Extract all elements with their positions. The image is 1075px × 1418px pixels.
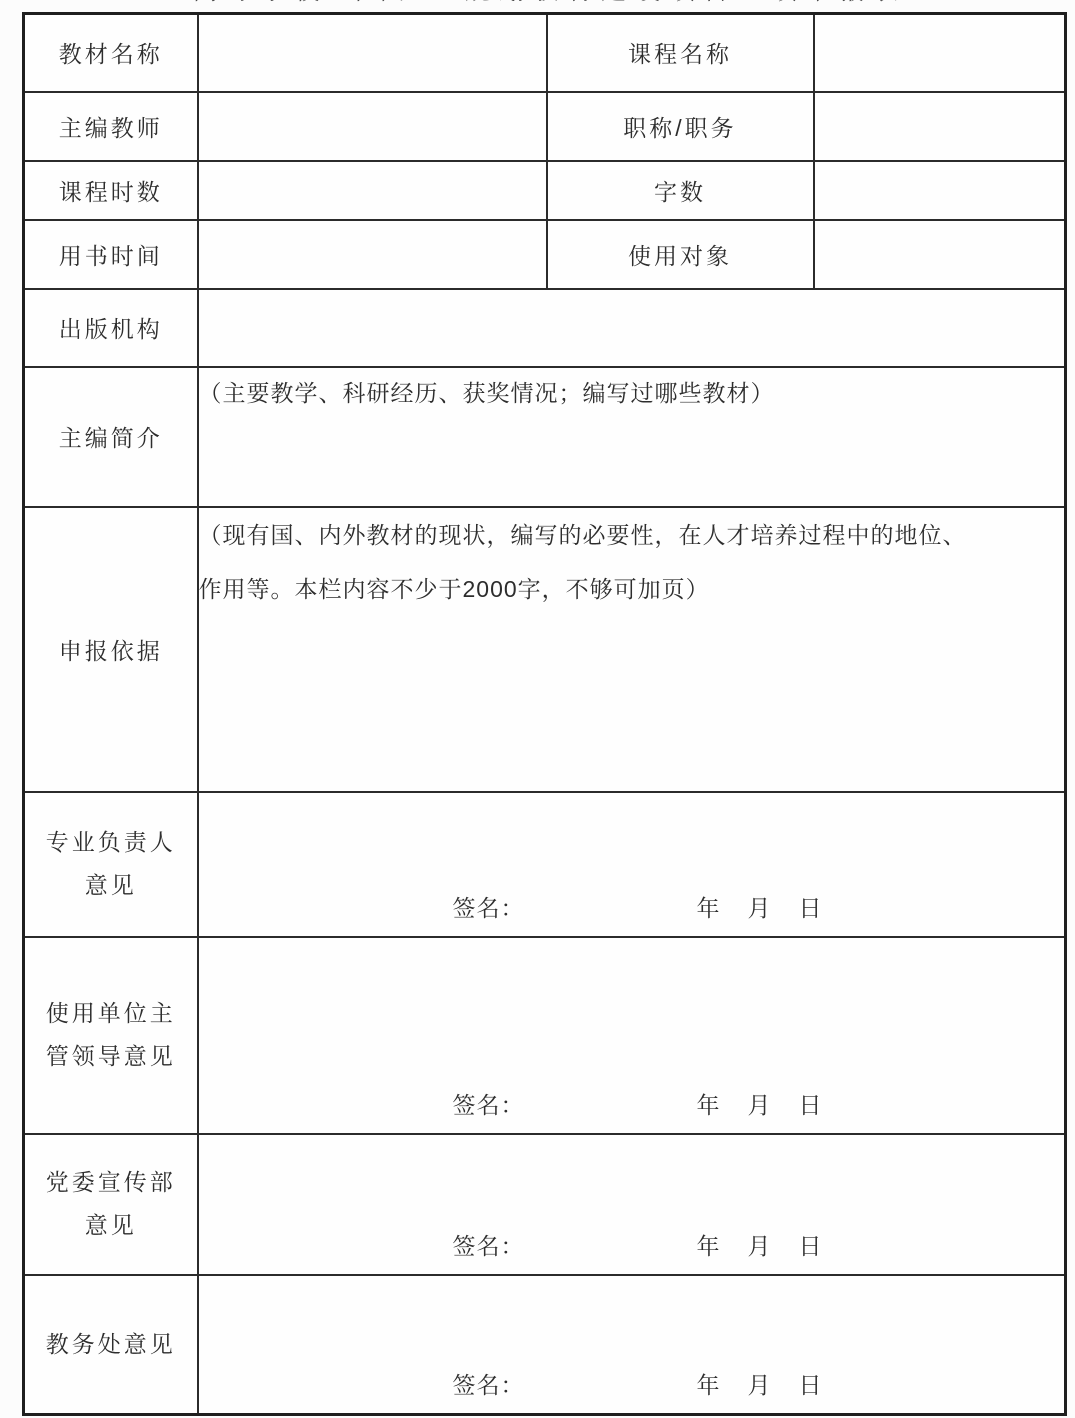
opinion-cell-using-unit-leader: 签名：年月日 bbox=[198, 937, 1066, 1134]
label-line: 意见 bbox=[25, 864, 197, 907]
opinion-cell-academic-affairs: 签名：年月日 bbox=[198, 1275, 1066, 1415]
date-year-label: 年 bbox=[697, 1372, 720, 1398]
row-program-director-opinion: 专业负责人 意见 签名：年月日 bbox=[24, 792, 1066, 937]
label-line: 管领导意见 bbox=[25, 1035, 197, 1078]
signature-label: 签名： bbox=[453, 1372, 525, 1398]
signature-label: 签名： bbox=[453, 895, 525, 921]
field-label-publisher: 出版机构 bbox=[24, 289, 198, 367]
label-party-propaganda-opinion: 党委宣传部 意见 bbox=[24, 1134, 198, 1275]
date-year-label: 年 bbox=[697, 895, 720, 921]
date-day-label: 日 bbox=[799, 1233, 822, 1259]
field-value-course-name bbox=[814, 14, 1066, 92]
date-year-label: 年 bbox=[697, 1233, 720, 1259]
field-value-course-hours bbox=[198, 161, 547, 220]
field-label-chief-editor: 主编教师 bbox=[24, 92, 198, 161]
field-hint-application-basis: （现有国、内外教材的现状，编写的必要性，在人才培养过程中的地位、 作用等。本栏内… bbox=[198, 507, 1066, 792]
row-using-unit-leader-opinion: 使用单位主 管领导意见 签名：年月日 bbox=[24, 937, 1066, 1134]
row-publisher: 出版机构 bbox=[24, 289, 1066, 367]
field-label-textbook-name: 教材名称 bbox=[24, 14, 198, 92]
application-basis-hint-line-1: （现有国、内外教材的现状，编写的必要性，在人才培养过程中的地位、 bbox=[199, 508, 1065, 562]
field-label-application-basis: 申报依据 bbox=[24, 507, 198, 792]
signature-line: 签名：年月日 bbox=[199, 1367, 1065, 1400]
field-label-course-hours: 课程时数 bbox=[24, 161, 198, 220]
editor-profile-hint-text: （主要教学、科研经历、获奖情况；编写过哪些教材） bbox=[199, 368, 1065, 418]
label-line: 使用单位主 bbox=[25, 992, 197, 1035]
field-value-target-users bbox=[814, 220, 1066, 289]
opinion-cell-program-director: 签名：年月日 bbox=[198, 792, 1066, 937]
signature-label: 签名： bbox=[453, 1233, 525, 1259]
signature-label: 签名： bbox=[453, 1092, 525, 1118]
date-day-label: 日 bbox=[799, 895, 822, 921]
row-textbook-name: 教材名称 课程名称 bbox=[24, 14, 1066, 92]
signature-line: 签名：年月日 bbox=[199, 1087, 1065, 1120]
label-academic-affairs-opinion: 教务处意见 bbox=[24, 1275, 198, 1415]
label-line: 党委宣传部 bbox=[25, 1161, 197, 1204]
field-value-chief-editor bbox=[198, 92, 547, 161]
row-course-hours: 课程时数 字数 bbox=[24, 161, 1066, 220]
field-label-editor-profile: 主编简介 bbox=[24, 367, 198, 507]
label-using-unit-leader-opinion: 使用单位主 管领导意见 bbox=[24, 937, 198, 1134]
date-month-label: 月 bbox=[748, 1233, 771, 1259]
row-usage-time: 用书时间 使用对象 bbox=[24, 220, 1066, 289]
label-line: 教务处意见 bbox=[25, 1323, 197, 1366]
date-day-label: 日 bbox=[799, 1372, 822, 1398]
field-value-usage-time bbox=[198, 220, 547, 289]
row-application-basis: 申报依据 （现有国、内外教材的现状，编写的必要性，在人才培养过程中的地位、 作用… bbox=[24, 507, 1066, 792]
field-label-word-count: 字数 bbox=[547, 161, 814, 220]
scanned-form-page: 高等学校“十四五”规划教材建设项目立项申报表 教材名称 课程名称 主编教师 职称… bbox=[0, 0, 1075, 1418]
date-month-label: 月 bbox=[748, 895, 771, 921]
textbook-application-form: 教材名称 课程名称 主编教师 职称/职务 课程时数 字数 用书时间 使用 bbox=[22, 12, 1067, 1416]
date-day-label: 日 bbox=[799, 1092, 822, 1118]
date-year-label: 年 bbox=[697, 1092, 720, 1118]
row-chief-editor: 主编教师 职称/职务 bbox=[24, 92, 1066, 161]
signature-line: 签名：年月日 bbox=[199, 890, 1065, 923]
field-label-usage-time: 用书时间 bbox=[24, 220, 198, 289]
signature-line: 签名：年月日 bbox=[199, 1228, 1065, 1261]
label-line: 专业负责人 bbox=[25, 821, 197, 864]
label-program-director-opinion: 专业负责人 意见 bbox=[24, 792, 198, 937]
date-month-label: 月 bbox=[748, 1092, 771, 1118]
field-value-word-count bbox=[814, 161, 1066, 220]
label-line: 意见 bbox=[25, 1204, 197, 1247]
field-label-title-position: 职称/职务 bbox=[547, 92, 814, 161]
field-value-publisher bbox=[198, 289, 1066, 367]
clipped-page-title: 高等学校“十四五”规划教材建设项目立项申报表 bbox=[70, 0, 1030, 7]
clipped-page-title-text: 高等学校“十四五”规划教材建设项目立项申报表 bbox=[70, 0, 1030, 6]
field-label-course-name: 课程名称 bbox=[547, 14, 814, 92]
row-party-propaganda-opinion: 党委宣传部 意见 签名：年月日 bbox=[24, 1134, 1066, 1275]
field-label-target-users: 使用对象 bbox=[547, 220, 814, 289]
field-value-textbook-name bbox=[198, 14, 547, 92]
opinion-cell-party-propaganda: 签名：年月日 bbox=[198, 1134, 1066, 1275]
application-basis-hint-line-2: 作用等。本栏内容不少于2000字，不够可加页） bbox=[199, 562, 1065, 616]
date-month-label: 月 bbox=[748, 1372, 771, 1398]
field-value-title-position bbox=[814, 92, 1066, 161]
row-academic-affairs-opinion: 教务处意见 签名：年月日 bbox=[24, 1275, 1066, 1415]
field-hint-editor-profile: （主要教学、科研经历、获奖情况；编写过哪些教材） bbox=[198, 367, 1066, 507]
row-editor-profile: 主编简介 （主要教学、科研经历、获奖情况；编写过哪些教材） bbox=[24, 367, 1066, 507]
